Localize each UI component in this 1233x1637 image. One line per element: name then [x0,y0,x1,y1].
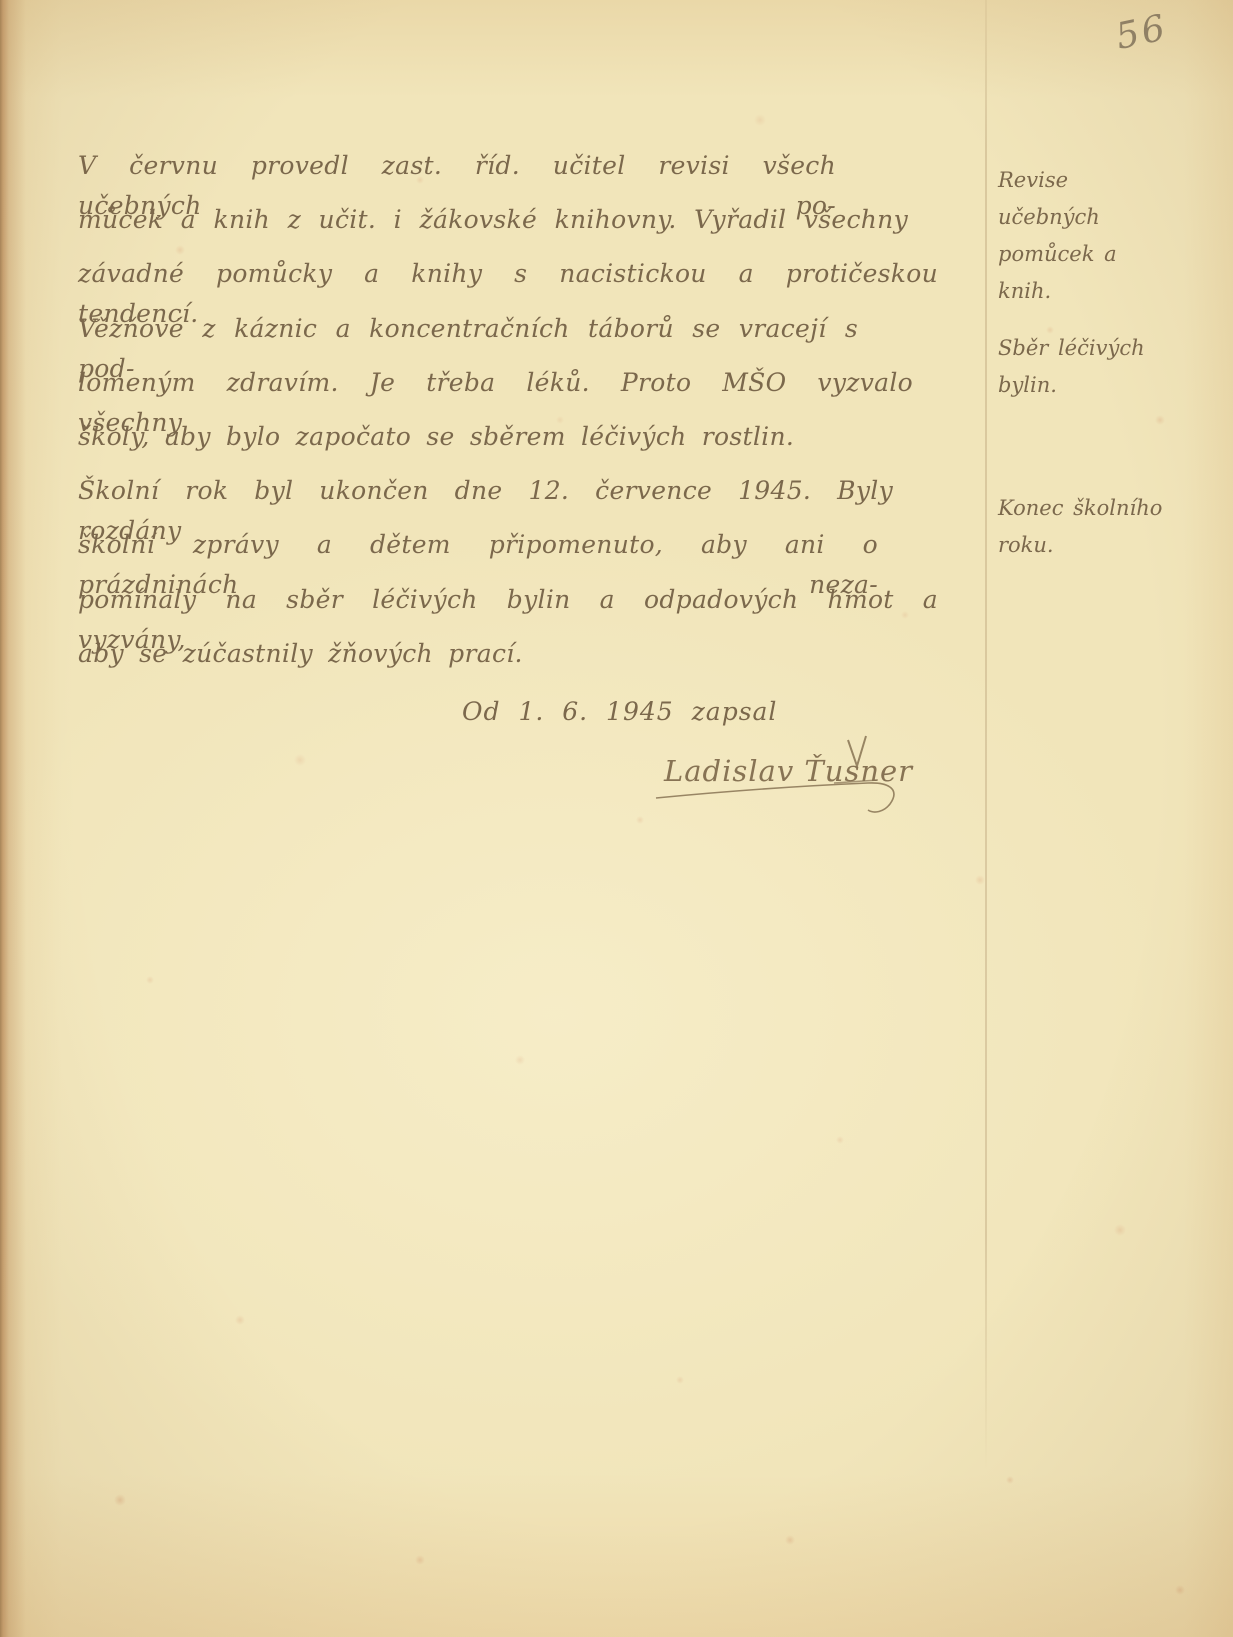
text-line: můcek a knih z učit. i žákovské knihovny… [78,200,908,254]
page-number: 56 [1112,7,1171,58]
text-line: Vězňové z káznic a koncentračních táborů… [78,309,858,363]
text-line: lomeným zdravím. Je třeba léků. Proto MŠ… [78,363,913,417]
entry-date-line: Od 1. 6. 1945 zapsal [462,697,777,726]
chronicle-page: 56 V červnu provedl zast. říd. učitel re… [0,0,1233,1637]
margin-note-revision: Revise učebných pomůcek a knih. [998,162,1176,310]
text-line: pomínaly na sběr léčivých bylin a odpado… [78,580,938,634]
signature-name: Ladislav Ťusner [664,754,913,788]
main-text-block: V červnu provedl zast. říd. učitel revis… [78,146,940,688]
margin-note-herb-collection: Sběr léčivých bylin. [998,330,1176,404]
text-line: závadné pomůcky a knihy s nacistickou a … [78,254,938,308]
signature-block: Ladislav Ťusner [638,730,928,825]
text-line: školy, aby bylo započato se sběrem léčiv… [78,417,940,471]
page-binding-edge [0,0,26,1637]
margin-note-end-of-school-year: Konec školního roku. [998,490,1176,564]
margin-crease-line [985,0,987,1470]
text-line: školní zprávy a dětem připomenuto, aby a… [78,525,878,579]
text-line: aby se zúčastnily žňových prací. [78,634,940,688]
text-line: V červnu provedl zast. říd. učitel revis… [78,146,836,200]
text-line: Školní rok byl ukončen dne 12. července … [78,471,893,525]
